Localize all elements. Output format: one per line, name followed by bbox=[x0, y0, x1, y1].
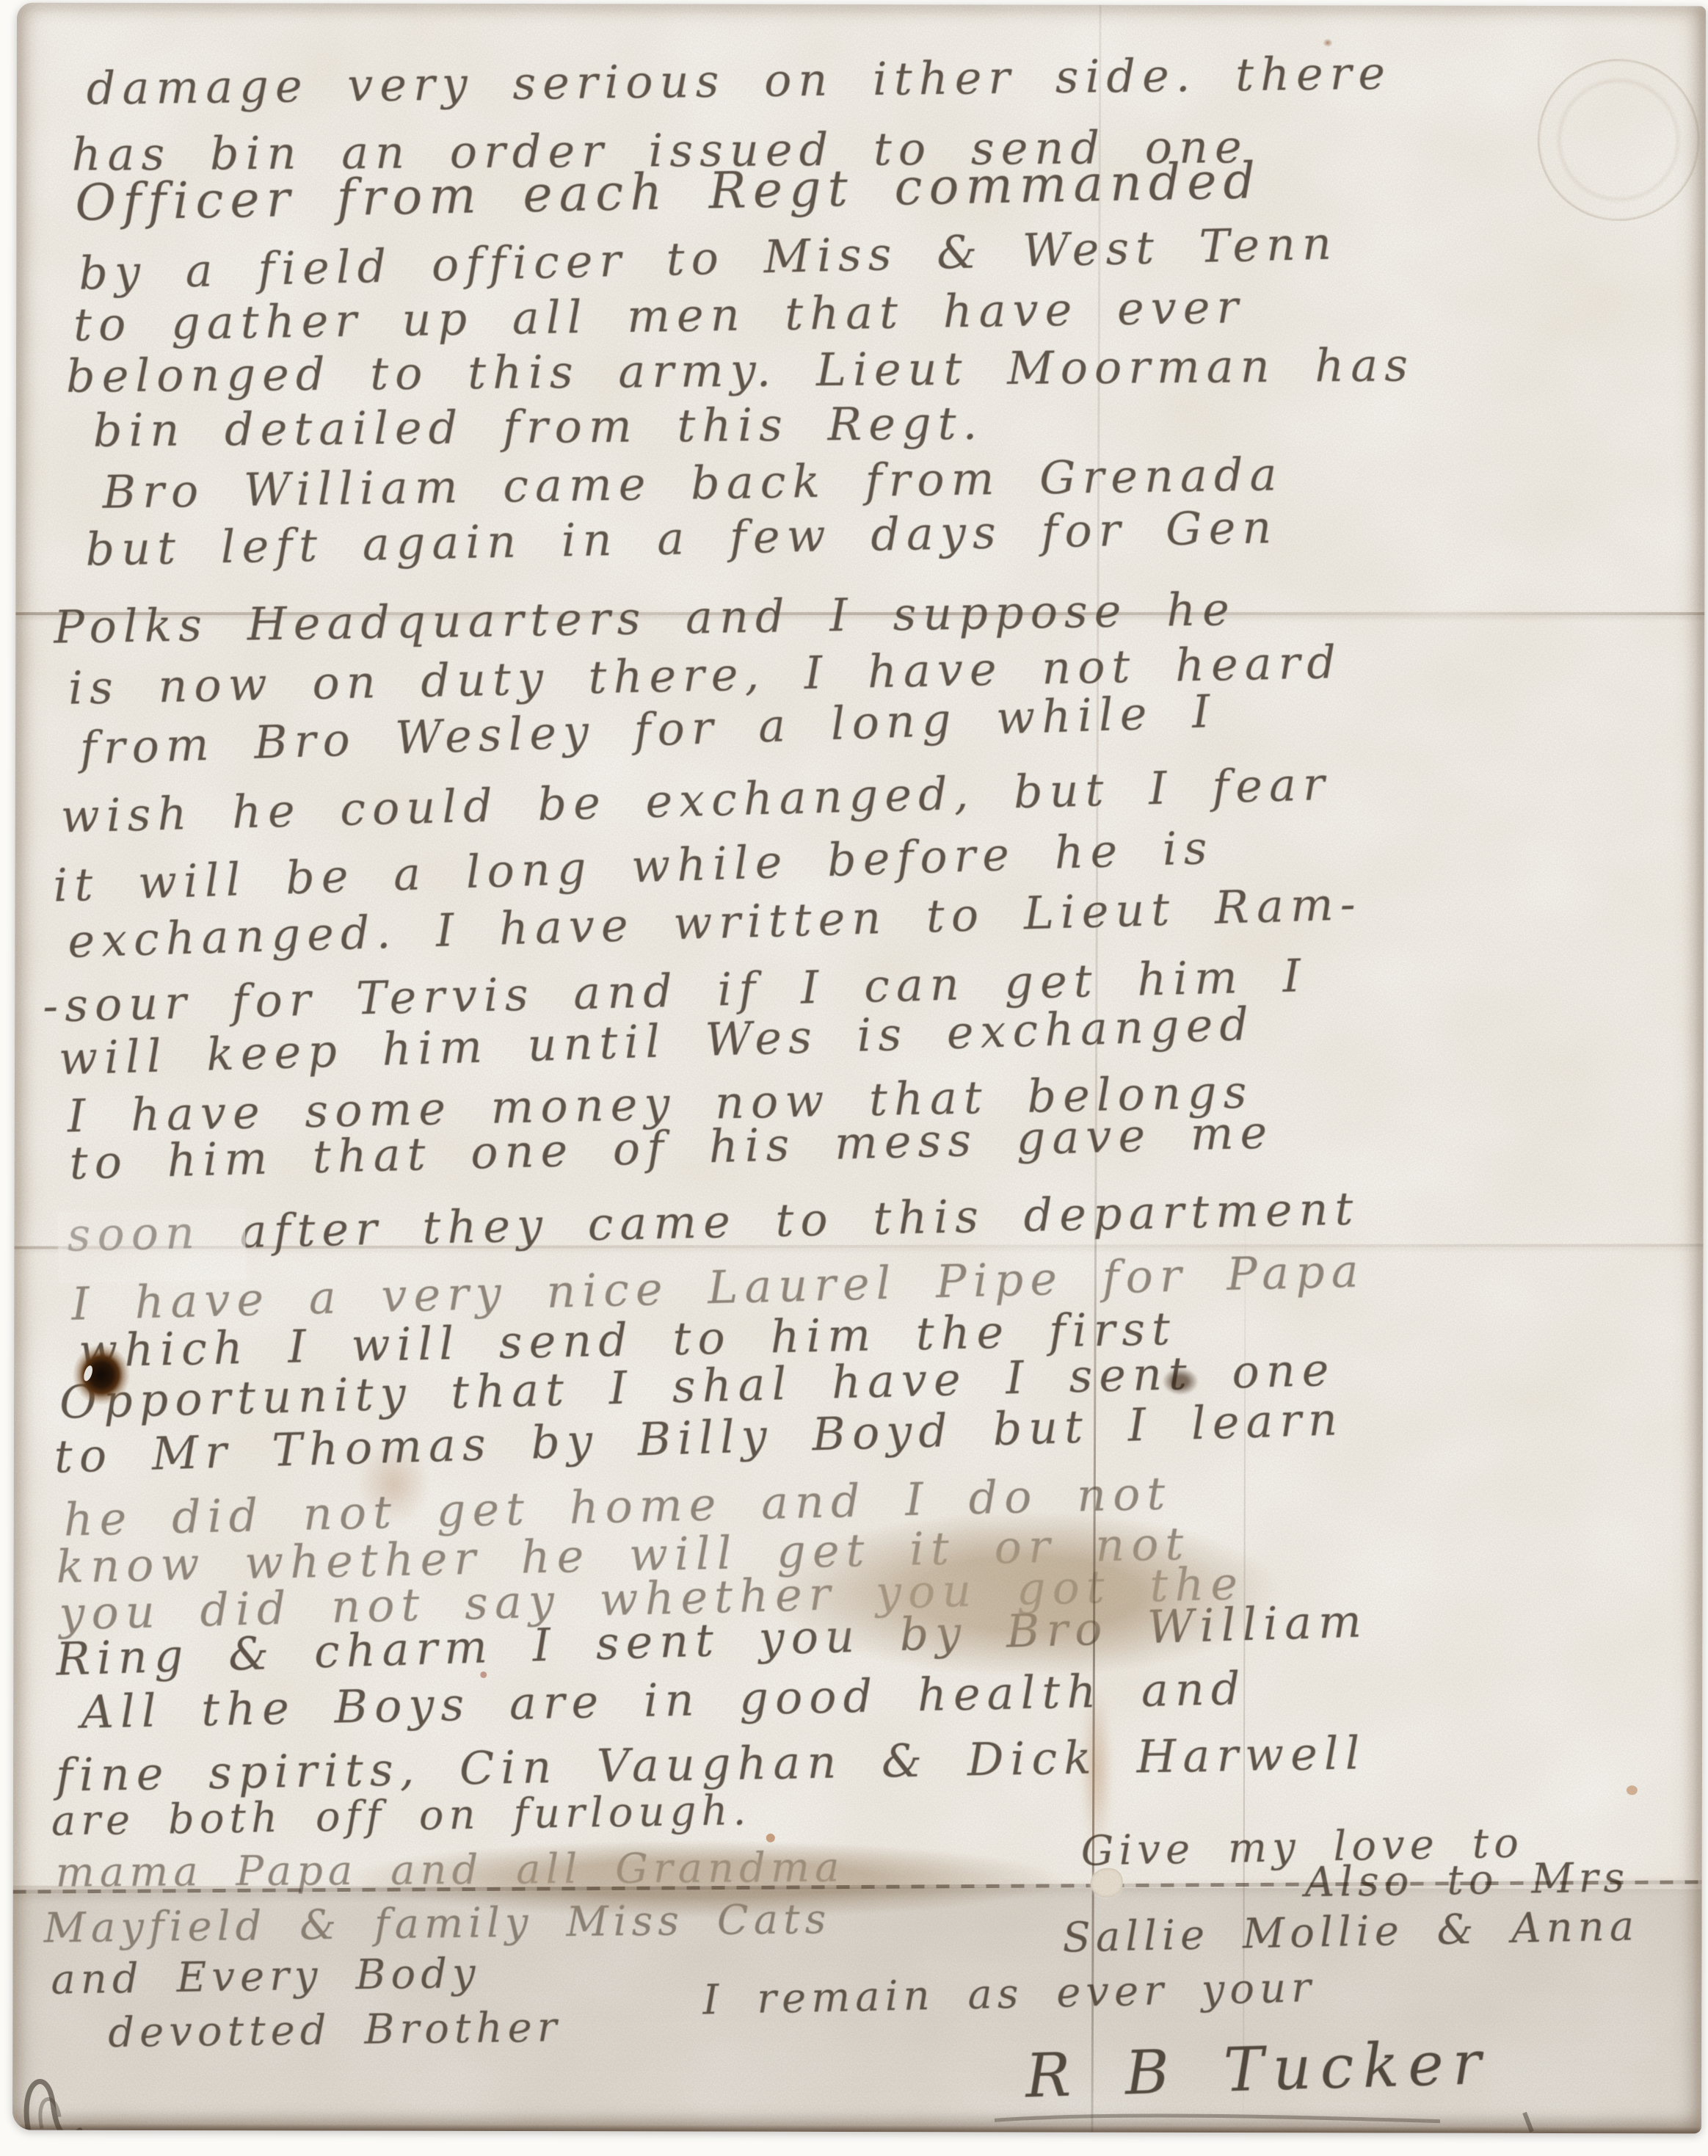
paper-texture bbox=[12, 3, 1706, 2134]
letter-body: damage very serious on ither side. there… bbox=[12, 3, 1706, 2134]
letter-line: from Bro Wesley for a long while I bbox=[79, 689, 1218, 772]
rust-speck bbox=[1627, 1785, 1638, 1795]
embossed-seal bbox=[1527, 48, 1706, 232]
letter-line: wish he could be exchanged, but I fear bbox=[60, 761, 1331, 840]
worn-faded-area bbox=[696, 1487, 1357, 1702]
letter-line: I have a very nice Laurel Pipe for Papa bbox=[71, 1248, 1366, 1327]
letter-line: Opportunity that I shal have I sent one bbox=[59, 1347, 1336, 1426]
rust-speck bbox=[1322, 37, 1334, 48]
horizontal-fold-crease-top bbox=[15, 612, 1704, 615]
letter-line: to him that one of his mess gave me bbox=[69, 1109, 1274, 1186]
letter-line: has bin an order issued to send one bbox=[71, 124, 1248, 178]
darker-lower-panel bbox=[12, 1886, 1702, 2134]
horizontal-fold-crease-middle bbox=[14, 1244, 1703, 1249]
light-scan-band bbox=[413, 4, 461, 2131]
dark-ink-spot bbox=[1156, 1363, 1204, 1400]
pencil-scribble bbox=[12, 3, 1706, 2134]
letter-line: Officer from each Regt commanded bbox=[75, 156, 1262, 228]
paper-hole bbox=[1091, 1868, 1123, 1898]
letter-line: belonged to this army. Lieut Moorman has bbox=[66, 342, 1415, 399]
letter-line: to Mr Thomas by Billy Boyd but I learn bbox=[54, 1396, 1345, 1480]
letter-line: damage very serious on ither side. there bbox=[86, 51, 1392, 112]
rust-speck bbox=[480, 1672, 487, 1678]
letter-line: is now on duty there, I have not heard bbox=[68, 639, 1342, 711]
letter-line: will keep him until Wes is exchanged bbox=[58, 1001, 1256, 1082]
letter-line: Polks Headquarters and I suppose he bbox=[54, 587, 1236, 650]
letter-scan: damage very serious on ither side. there… bbox=[0, 0, 1708, 2156]
letter-line: Bro William came back from Grenada bbox=[102, 451, 1284, 515]
letter-page: damage very serious on ither side. there… bbox=[12, 3, 1706, 2134]
letter-line: which I will send to him the first bbox=[79, 1306, 1177, 1374]
letter-line: bin detailed from this Regt. bbox=[93, 401, 984, 454]
letter-line: by a field officer to Miss & West Tenn bbox=[79, 220, 1339, 296]
vertical-fold-crease-faint bbox=[1243, 5, 1249, 2133]
rust-stain bbox=[348, 1431, 440, 1538]
rust-speck bbox=[766, 1834, 775, 1843]
burn-hole bbox=[71, 1343, 131, 1407]
tape-patch bbox=[58, 1209, 247, 1283]
letter-line: to gather up all men that have ever bbox=[73, 284, 1246, 348]
letter-line: it will be a long while before he is bbox=[53, 825, 1215, 909]
letter-line: Give my love to bbox=[1080, 1823, 1524, 1872]
letter-line: I have some money now that belongs bbox=[67, 1069, 1254, 1139]
letter-line: exchanged. I have written to Lieut Ram- bbox=[67, 881, 1362, 965]
letter-line: -sour for Tervis and if I can get him I bbox=[42, 953, 1307, 1028]
letter-line: fine spirits, Cin Vaughan & Dick Harwell bbox=[55, 1730, 1366, 1799]
